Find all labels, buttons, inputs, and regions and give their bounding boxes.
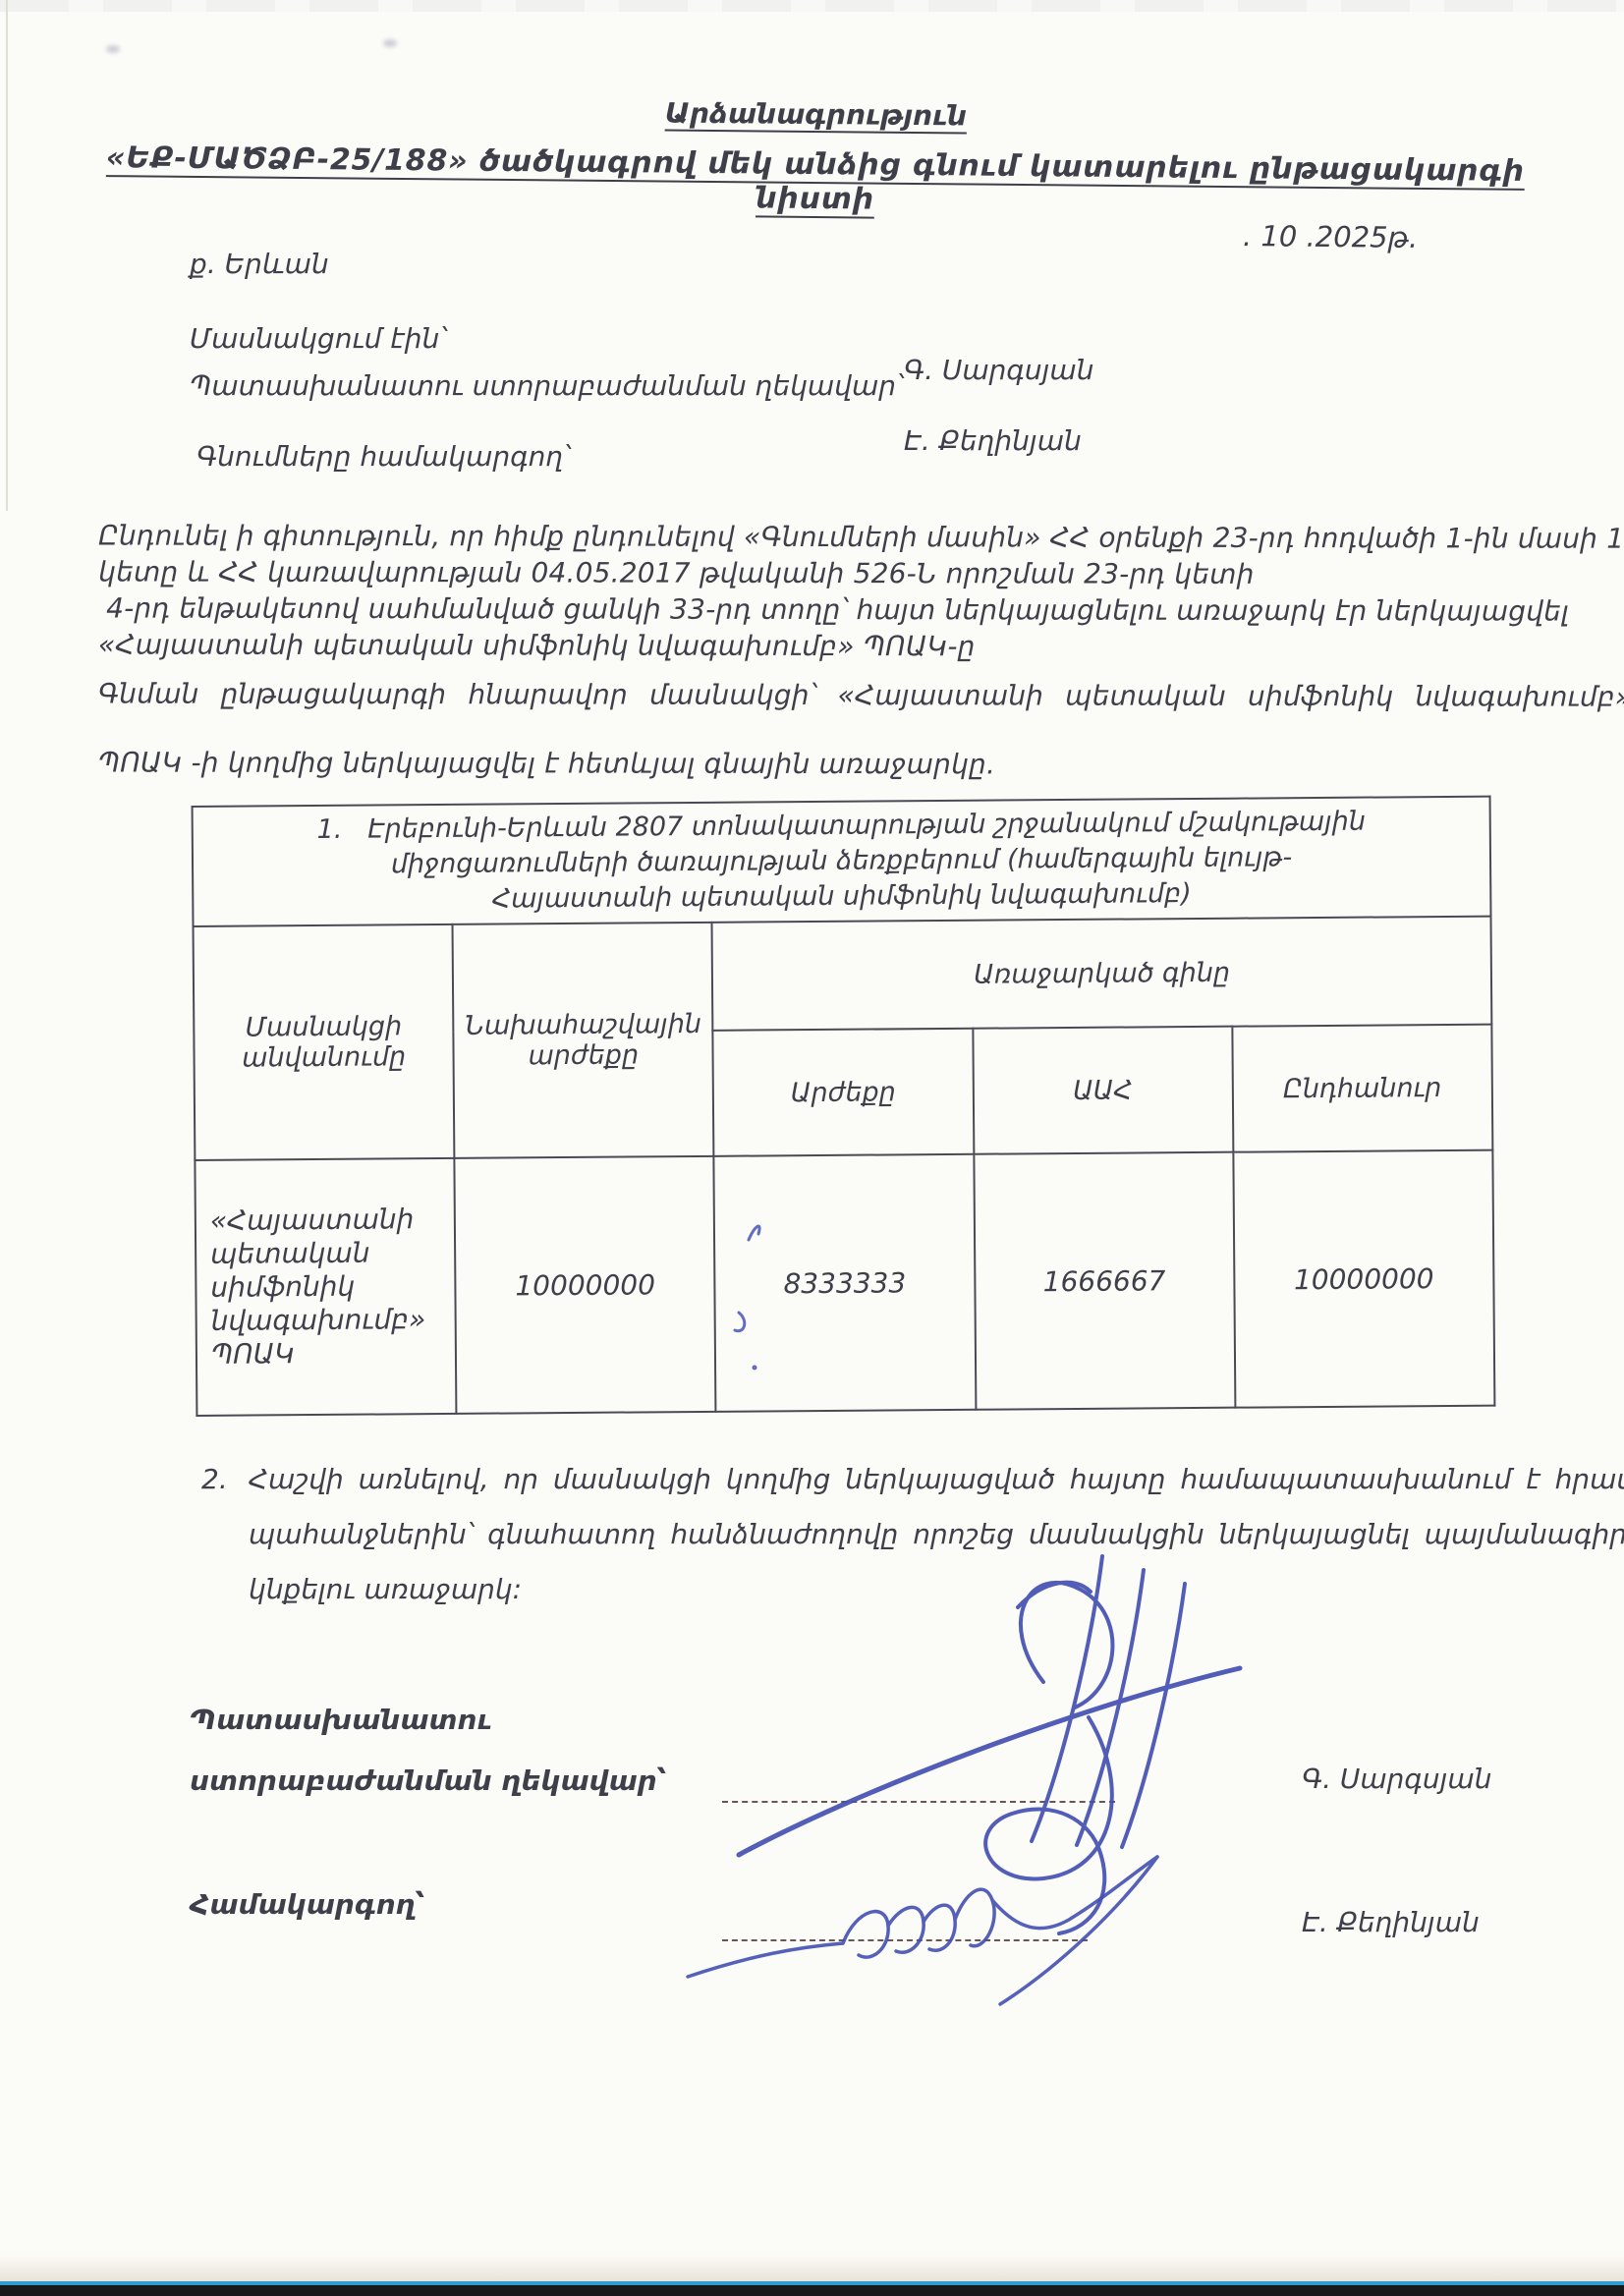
cell-estimated: 10000000 [455, 1156, 716, 1414]
document-subtitle: «ԵՔ-ՄԱԾՁԲ-25/188» ծածկագրով մեկ անձից գն… [97, 140, 1533, 223]
decision-row: 2. Հաշվի առնելով, որ մասնակցի կողմից ներ… [201, 1452, 1508, 1617]
table-caption-text: Էրեբունի-Երևան 2807 տոնակատարության շրջա… [367, 807, 1366, 915]
decision-lines: Հաշվի առնելով, որ մասնակցի կողմից ներկայ… [249, 1452, 1624, 1617]
ink-smudge [106, 45, 120, 53]
document-title: Արձանագրություն [98, 91, 1533, 138]
column-header-vat: ԱԱՀ [973, 1027, 1233, 1154]
cell-value: 8333333 [714, 1154, 976, 1412]
decision-line: կնքելու առաջարկ: [249, 1562, 1624, 1617]
scan-bottom-dark-band [0, 2285, 1624, 2296]
signature-line-2 [722, 1939, 1088, 1941]
body-line: Գնման ընթացակարգի հնարավոր մասնակցի՝ «Հա… [98, 675, 1542, 714]
signatory-role-line2: ստորաբաժանման ղեկավար՝ [190, 1764, 667, 1797]
column-header-participant: Մասնակցի անվանումը [194, 924, 455, 1160]
signature-2-ink [688, 1857, 1157, 2004]
cell-participant: «Հայաստանի պետական սիմֆոնիկ նվագախումբ» … [195, 1158, 456, 1416]
scanned-document-page: Արձանագրություն «ԵՔ-ՄԱԾՁԲ-25/188» ծածկագ… [0, 0, 1624, 2296]
decision-number: 2. [201, 1452, 249, 1617]
price-table-wrapper: 1.Էրեբունի-Երևան 2807 տոնակատարության շր… [192, 796, 1496, 1417]
decision-line: Հաշվի առնելով, որ մասնակցի կողմից ներկայ… [249, 1452, 1624, 1507]
body-line: 4-րդ ենթակետով սահմանված ցանկի 33-րդ տող… [98, 589, 1542, 629]
cell-vat: 1666667 [974, 1152, 1235, 1410]
document-header: Արձանագրություն «ԵՔ-ՄԱԾՁԲ-25/188» ծածկագ… [97, 91, 1533, 223]
scan-bottom-shadow [0, 2254, 1624, 2283]
column-header-total: Ընդհանուր [1232, 1025, 1492, 1152]
body-line: Ընդունել ի գիտություն, որ հիմք ընդունելո… [98, 517, 1542, 556]
table-caption-row: 1.Էրեբունի-Երևան 2807 տոնակատարության շր… [193, 797, 1491, 926]
table-header-row: Մասնակցի անվանումը Նախահաշվային արժեքը Ա… [194, 917, 1492, 1035]
table-data-row: «Հայաստանի պետական սիմֆոնիկ նվագախումբ» … [195, 1150, 1494, 1416]
signatory-role-2: Համակարգող՝ [190, 1888, 424, 1921]
document-date: . 10 .2025թ. [1243, 219, 1419, 254]
table-caption-number: 1. [316, 814, 342, 845]
signatory-name-1: Գ. Սարգսյան [1302, 1763, 1491, 1795]
price-table: 1.Էրեբունի-Երևան 2807 տոնակատարության շր… [192, 796, 1496, 1417]
participant-role: Պատասխանատու ստորաբաժանման ղեկավար՝ [190, 369, 903, 402]
signatory-role-line1: Պատասխանատու [190, 1704, 491, 1736]
participants-heading: Մասնակցում էին՝ [190, 322, 446, 355]
decision-paragraph: 2. Հաշվի առնելով, որ մասնակցի կողմից ներ… [201, 1452, 1508, 1617]
body-line: ՊՈԱԿ -ի կողմից ներկայացվել է հետևյալ գնա… [98, 744, 1542, 783]
table-caption-cell: 1.Էրեբունի-Երևան 2807 տոնակատարության շր… [193, 797, 1491, 926]
signature-line-1 [722, 1801, 1115, 1803]
body-paragraph: Ընդունել ի գիտություն, որ հիմք ընդունելո… [98, 517, 1543, 783]
column-header-offered-price: Առաջարկած գինը [712, 917, 1491, 1031]
decision-line: պահանջներին՝ գնահատող հանձնաժողովը որոշե… [249, 1507, 1624, 1562]
body-line: «Հայաստանի պետական սիմֆոնիկ նվագախումբ» … [98, 626, 1542, 665]
participant-role: Գնումները համակարգող՝ [196, 440, 570, 473]
scan-left-edge-artifact [6, 0, 8, 511]
cell-total: 10000000 [1233, 1150, 1494, 1408]
participant-name: Գ. Սարգսյան [904, 354, 1093, 386]
column-header-estimated: Նախահաշվային արժեքը [453, 923, 714, 1158]
ink-smudge [383, 39, 397, 47]
scan-top-edge-artifact [0, 0, 1624, 12]
document-city: ք. Երևան [190, 248, 329, 280]
participant-name: Է. Քեղինյան [904, 424, 1082, 457]
body-line: կետը և ՀՀ կառավարության 04.05.2017 թվակա… [98, 553, 1542, 592]
column-header-value: Արժեքը [713, 1029, 974, 1156]
signatory-name-2: Է. Քեղինյան [1302, 1906, 1480, 1938]
